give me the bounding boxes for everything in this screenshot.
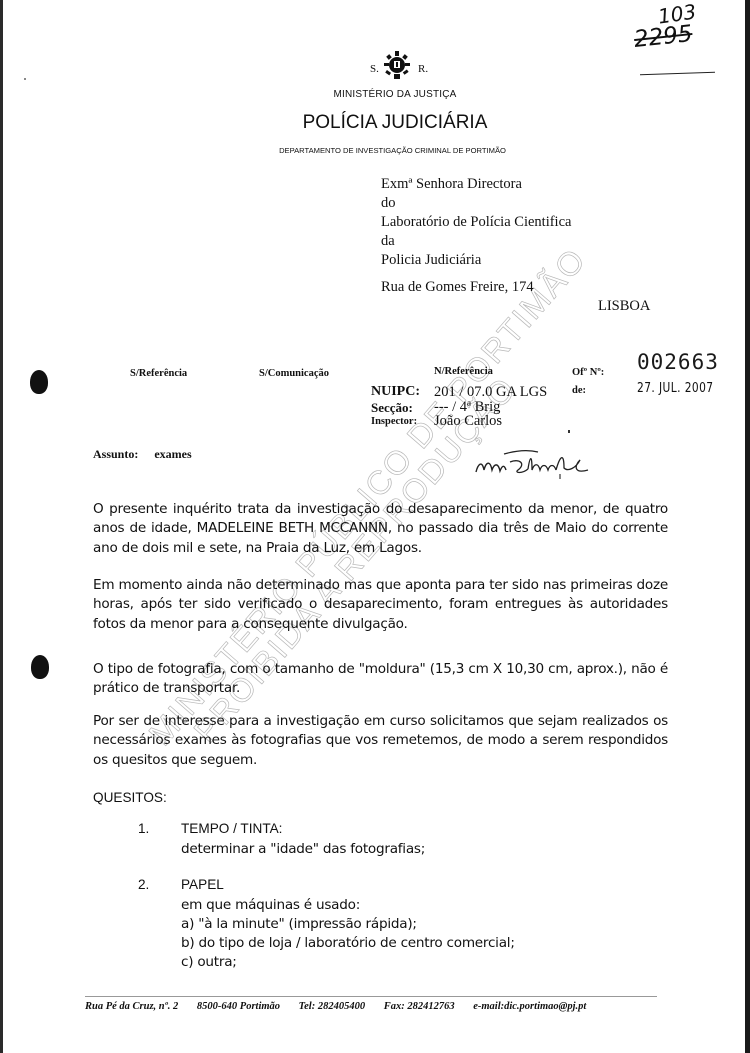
quesito-number: 2. <box>138 877 149 892</box>
body-paragraph: Em momento ainda não determinado mas que… <box>93 576 668 634</box>
subject-label: Assunto: <box>93 447 138 461</box>
footer-divider <box>85 996 657 997</box>
recipient-line: do <box>381 194 571 213</box>
date-label: de: <box>572 385 586 396</box>
scan-speck <box>24 78 26 80</box>
inspector-value: João Carlos <box>434 413 502 430</box>
footer-address: Rua Pé da Cruz, nº. 2 <box>85 1001 178 1012</box>
quesito-line: em que máquinas é usado: <box>181 897 360 913</box>
date-stamp: 27. JUL. 2007 <box>637 381 713 396</box>
handwritten-underline <box>640 72 715 76</box>
quesito-option-a: a) "à la minute" (impressão rápida); <box>181 916 417 932</box>
footer-tel: Tel: 282405400 <box>299 1001 365 1012</box>
n-referencia-label: N/Referência <box>434 366 493 377</box>
signature-icon <box>468 442 598 482</box>
quesito-option-b: b) do tipo de loja / laboratório de cent… <box>181 935 515 951</box>
s-comunicacao-label: S/Comunicação <box>259 368 329 379</box>
ink-mark <box>568 430 570 433</box>
quesito-line: determinar a "idade" das fotografias; <box>181 841 425 857</box>
header-sr-right: R. <box>418 63 428 75</box>
quesito-option-c: c) outra; <box>181 954 237 970</box>
header-sr-left: S. <box>370 63 379 75</box>
recipient-line: Exmª Senhora Directora <box>381 175 571 194</box>
punch-hole-icon <box>31 655 49 679</box>
footer-fax: Fax: 282412763 <box>384 1001 455 1012</box>
recipient-street: Rua de Gomes Freire, 174 <box>381 279 534 296</box>
footer-postal: 8500-640 Portimão <box>197 1001 280 1012</box>
quesito-number: 1. <box>138 821 149 836</box>
body-paragraph: O tipo de fotografia, com o tamanho de "… <box>93 660 668 699</box>
subject-value: exames <box>154 447 191 461</box>
document-page: MINISTÉRIO PÚBLICO DE PORTIMÃO PROIBIDA … <box>0 0 750 1053</box>
recipient-line: Policia Judiciária <box>381 251 571 270</box>
scan-edge-left <box>0 0 3 1053</box>
recipient-address: Exmª Senhora Directora do Laboratório de… <box>381 175 571 270</box>
oficio-number-stamp: 002663 <box>637 350 719 374</box>
agency-name: POLÍCIA JUDICIÁRIA <box>0 112 750 134</box>
quesito-title: TEMPO / TINTA: <box>181 821 282 836</box>
quesito-title: PAPEL <box>181 877 224 892</box>
subject-line: Assunto:exames <box>93 447 192 462</box>
handwritten-crossed-number: 2295 <box>633 21 694 53</box>
seccao-label: Secção: <box>371 400 413 416</box>
nuipc-label: NUIPC: <box>371 384 420 400</box>
s-referencia-label: S/Referência <box>130 368 187 379</box>
coat-of-arms-icon <box>383 50 411 80</box>
department-name: DEPARTAMENTO DE INVESTIGAÇÃO CRIMINAL DE… <box>0 146 750 155</box>
body-paragraph: Por ser de interesse para a investigação… <box>93 712 668 770</box>
recipient-city: LISBOA <box>598 298 650 315</box>
recipient-line: da <box>381 232 571 251</box>
punch-hole-icon <box>30 370 48 394</box>
inspector-label: Inspector: <box>371 416 417 427</box>
recipient-line: Laboratório de Polícia Cientifica <box>381 213 571 232</box>
body-paragraph: O presente inquérito trata da investigaç… <box>93 500 668 558</box>
scan-edge-right <box>745 0 750 1053</box>
quesitos-heading: QUESITOS: <box>93 790 167 805</box>
footer-email: e-mail:dic.portimao@pj.pt <box>473 1001 586 1012</box>
oficio-number-label: Ofº Nº: <box>572 367 604 378</box>
footer-contact: Rua Pé da Cruz, nº. 2 8500-640 Portimão … <box>85 1001 602 1012</box>
ministry-name: MINISTÉRIO DA JUSTIÇA <box>0 89 750 100</box>
